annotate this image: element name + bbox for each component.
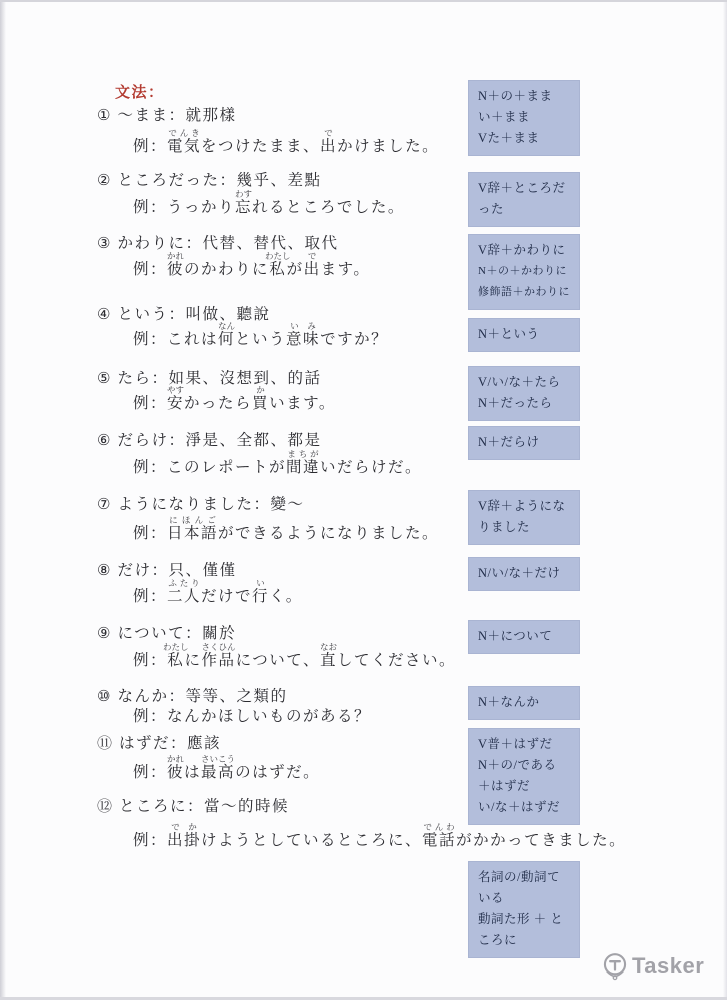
item-title: だらけ：淨是、全都、都是 bbox=[117, 432, 321, 449]
furigana-term: 直なお bbox=[320, 652, 337, 669]
pattern-line: N＋という bbox=[478, 324, 570, 345]
pattern-line: N＋の＋かわりに bbox=[478, 261, 570, 282]
item-number: ⑪ bbox=[97, 736, 112, 752]
furigana-reading: にほんご bbox=[167, 515, 218, 525]
page-edge-right bbox=[723, 0, 727, 1000]
pattern-line: 名詞の/動詞て bbox=[478, 867, 570, 888]
pattern-line: りました bbox=[478, 517, 570, 538]
furigana-term: 日本語にほんご bbox=[167, 525, 218, 542]
pattern-line: N＋だったら bbox=[478, 393, 570, 414]
item-example: 例：これは何なんという意味いみですか？ bbox=[133, 321, 388, 349]
item-title: なんか：等等、之類的 bbox=[117, 688, 287, 705]
grammar-heading: 文法： bbox=[115, 81, 165, 102]
pattern-box-12: 名詞の/動詞ている動詞た形 ＋ ところに bbox=[468, 861, 580, 958]
furigana-term: 私わたし bbox=[167, 652, 185, 669]
item-example: 例：うっかり忘わすれるところでした。 bbox=[133, 189, 405, 217]
document-page: 文法： ①～まま：就那樣例：電気でんきをつけたまま、出でかけました。②ところだっ… bbox=[0, 0, 727, 1000]
furigana-reading: い bbox=[252, 578, 269, 588]
furigana-term: 電話でんわ bbox=[422, 832, 456, 849]
furigana-term: 間違まちが bbox=[286, 459, 320, 476]
furigana-reading: でか bbox=[167, 822, 201, 832]
item-title: ところだった：幾乎、差點 bbox=[117, 172, 321, 189]
furigana-term: 二人ふたり bbox=[167, 588, 201, 605]
furigana-term: 作品さくひん bbox=[202, 652, 236, 669]
furigana-reading: で bbox=[304, 251, 321, 261]
item-title: はずだ：應該 bbox=[119, 735, 221, 752]
furigana-reading: か bbox=[252, 385, 269, 395]
pattern-line: V辞＋かわりに bbox=[478, 240, 570, 261]
tasker-watermark-label: Tasker bbox=[632, 953, 704, 979]
pattern-box-9: N＋について bbox=[468, 620, 580, 654]
furigana-term: 出掛でか bbox=[167, 832, 201, 849]
page-edge-left bbox=[0, 0, 6, 1000]
furigana-term: 彼かれ bbox=[167, 764, 184, 781]
item-number: ⑥ bbox=[97, 433, 110, 449]
furigana-term: 意味いみ bbox=[286, 331, 320, 348]
item-example: 例：このレポートが間違まちがいだらけだ。 bbox=[133, 449, 422, 477]
furigana-term: 行い bbox=[252, 588, 269, 605]
furigana-reading: やす bbox=[167, 385, 184, 395]
tasker-logo-icon bbox=[601, 951, 629, 981]
pattern-line: V普＋はずだ bbox=[478, 734, 570, 755]
furigana-term: 電気でんき bbox=[167, 138, 201, 155]
item-example: 例：彼かれのかわりに私わたしが出でます。 bbox=[133, 251, 370, 279]
furigana-term: 出で bbox=[304, 261, 321, 278]
item-title: だけ：只、僅僅 bbox=[117, 562, 236, 579]
item-example: 例：私わたしに作品さくひんについて、直なおしてください。 bbox=[133, 642, 456, 670]
pattern-box-1: N＋の＋ままい＋ままVた＋まま bbox=[468, 80, 580, 156]
grammar-item-1: ①～まま：就那樣 bbox=[97, 103, 236, 125]
furigana-reading: さいこう bbox=[201, 754, 235, 764]
pattern-line: N＋について bbox=[478, 626, 570, 647]
pattern-line: ＋はずだ bbox=[478, 776, 570, 797]
furigana-reading: わたし bbox=[265, 251, 291, 261]
pattern-box-3: V辞＋かわりにN＋の＋かわりに修飾語＋かわりに bbox=[468, 234, 580, 310]
item-example: 例：なんかほしいものがある？ bbox=[133, 708, 371, 726]
item-example: 例：安やすかったら買かいます。 bbox=[133, 385, 336, 413]
grammar-item-7: ⑦ようになりました：變～ bbox=[97, 492, 304, 514]
pattern-line: N＋の/である bbox=[478, 755, 570, 776]
page-edge-top bbox=[0, 0, 727, 2]
furigana-term: 何なん bbox=[218, 331, 235, 348]
furigana-reading: わたし bbox=[163, 642, 189, 652]
pattern-line: V辞＋ようにな bbox=[478, 496, 570, 517]
pattern-line: Vた＋まま bbox=[478, 128, 570, 149]
furigana-term: 忘わす bbox=[235, 199, 252, 216]
item-number: ② bbox=[97, 173, 110, 189]
item-number: ③ bbox=[97, 236, 110, 252]
pattern-box-4: N＋という bbox=[468, 318, 580, 352]
furigana-reading: なお bbox=[320, 642, 337, 652]
furigana-reading: で bbox=[320, 128, 337, 138]
item-title: ようになりました：變～ bbox=[117, 496, 304, 513]
furigana-term: 安やす bbox=[167, 395, 184, 412]
pattern-line: N＋の＋まま bbox=[478, 86, 570, 107]
item-example: 例：出掛でかけようとしているところに、電話でんわがかかってきました。 bbox=[133, 822, 626, 850]
pattern-line: N/い/な＋だけ bbox=[478, 563, 570, 584]
item-number: ⑤ bbox=[97, 371, 110, 387]
furigana-term: 私わたし bbox=[269, 261, 287, 278]
furigana-reading: いみ bbox=[286, 321, 320, 331]
pattern-line: N＋なんか bbox=[478, 692, 570, 713]
furigana-term: 出で bbox=[320, 138, 337, 155]
furigana-reading: まちが bbox=[286, 449, 320, 459]
item-title: ところに：當～的時候 bbox=[119, 798, 289, 815]
item-title: について：關於 bbox=[117, 625, 236, 642]
item-title: ～まま：就那樣 bbox=[117, 107, 236, 124]
item-example: 例：電気でんきをつけたまま、出でかけました。 bbox=[133, 128, 439, 156]
pattern-line: ころに bbox=[478, 930, 570, 951]
tasker-watermark: Tasker bbox=[601, 951, 704, 981]
item-example: 例：日本語にほんごができるようになりました。 bbox=[133, 515, 439, 543]
item-number: ⑨ bbox=[97, 626, 110, 642]
furigana-reading: でんき bbox=[167, 128, 201, 138]
pattern-line: N＋だらけ bbox=[478, 432, 570, 453]
furigana-reading: でんわ bbox=[422, 822, 456, 832]
item-number: ⑩ bbox=[97, 689, 110, 705]
grammar-item-10: ⑩なんか：等等、之類的 bbox=[97, 684, 287, 706]
item-example: 例：彼かれは最高さいこうのはずだ。 bbox=[133, 754, 320, 782]
pattern-box-5: V/い/な＋たらN＋だったら bbox=[468, 366, 580, 421]
pattern-line: V/い/な＋たら bbox=[478, 372, 570, 393]
item-example: 例：二人ふたりだけで行いく。 bbox=[133, 578, 303, 606]
pattern-box-11: V普＋はずだN＋の/である＋はずだい/な＋はずだ bbox=[468, 728, 580, 825]
pattern-box-2: V辞＋ところだった bbox=[468, 172, 580, 227]
grammar-item-12: ⑫ところに：當～的時候 bbox=[97, 794, 289, 816]
grammar-item-8: ⑧だけ：只、僅僅 bbox=[97, 558, 236, 580]
furigana-term: 買か bbox=[252, 395, 269, 412]
item-number: ⑧ bbox=[97, 563, 110, 579]
furigana-reading: ふたり bbox=[167, 578, 201, 588]
pattern-box-8: N/い/な＋だけ bbox=[468, 557, 580, 591]
item-number: ⑦ bbox=[97, 497, 110, 513]
grammar-item-6: ⑥だらけ：淨是、全都、都是 bbox=[97, 428, 321, 450]
furigana-reading: わす bbox=[235, 189, 252, 199]
pattern-box-7: V辞＋ようになりました bbox=[468, 490, 580, 545]
item-number: ① bbox=[97, 108, 110, 124]
furigana-reading: なん bbox=[218, 321, 235, 331]
pattern-box-10: N＋なんか bbox=[468, 686, 580, 720]
pattern-line: 動詞た形 ＋ と bbox=[478, 909, 570, 930]
item-number: ⑫ bbox=[97, 799, 112, 815]
furigana-term: 最高さいこう bbox=[201, 764, 235, 781]
item-number: ④ bbox=[97, 307, 110, 323]
grammar-item-11: ⑪はずだ：應該 bbox=[97, 731, 221, 753]
pattern-line: いる bbox=[478, 888, 570, 909]
furigana-reading: かれ bbox=[167, 251, 184, 261]
pattern-line: い/な＋はずだ bbox=[478, 797, 570, 818]
grammar-item-3: ③かわりに：代替、替代、取代 bbox=[97, 231, 338, 253]
furigana-reading: さくひん bbox=[202, 642, 236, 652]
grammar-item-9: ⑨について：關於 bbox=[97, 621, 236, 643]
pattern-line: 修飾語＋かわりに bbox=[478, 282, 570, 303]
grammar-item-2: ②ところだった：幾乎、差點 bbox=[97, 168, 321, 190]
furigana-term: 彼かれ bbox=[167, 261, 184, 278]
pattern-line: V辞＋ところだ bbox=[478, 178, 570, 199]
pattern-box-6: N＋だらけ bbox=[468, 426, 580, 460]
pattern-line: った bbox=[478, 199, 570, 220]
item-title: かわりに：代替、替代、取代 bbox=[117, 235, 338, 252]
furigana-reading: かれ bbox=[167, 754, 184, 764]
pattern-line: い＋まま bbox=[478, 107, 570, 128]
